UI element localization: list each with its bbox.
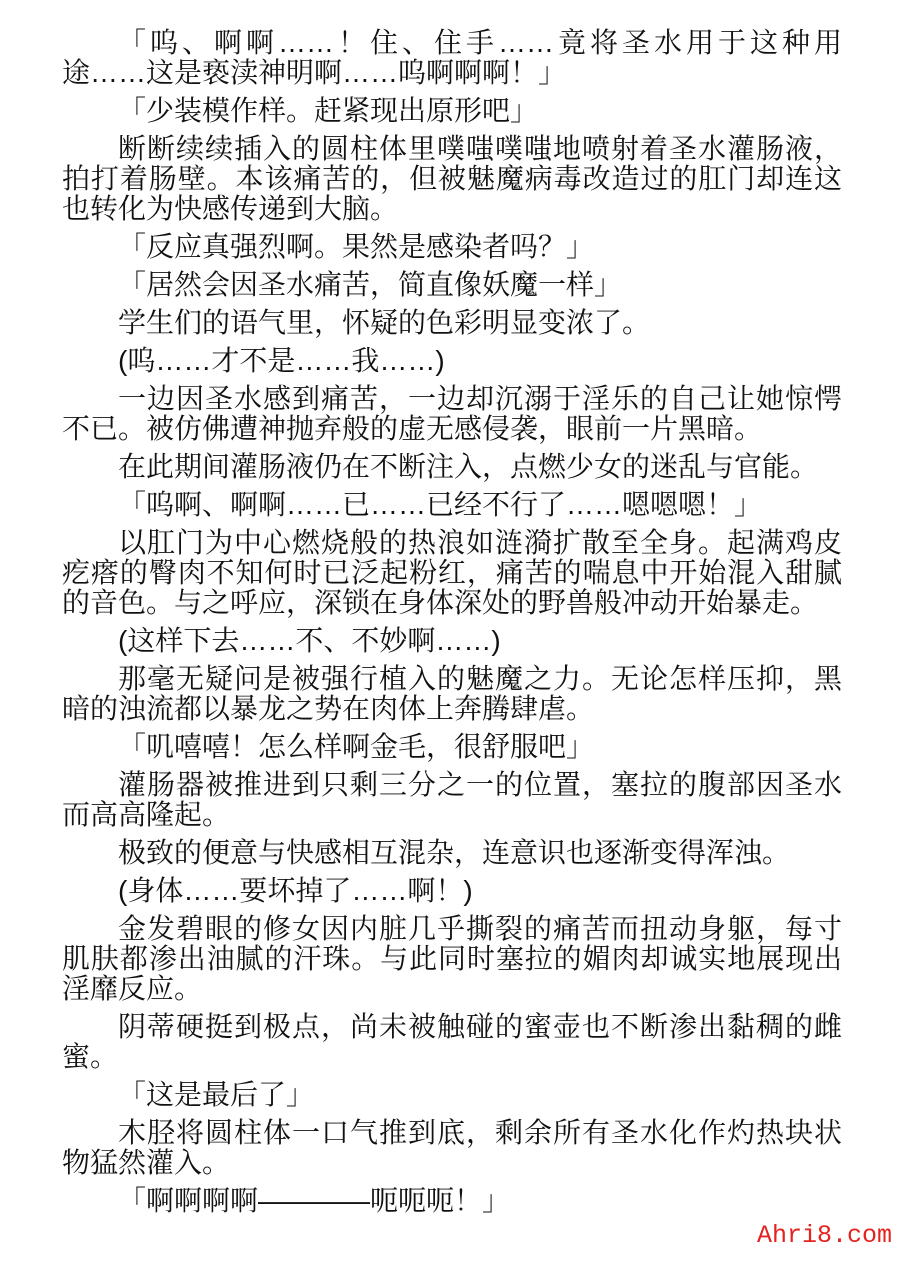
- paragraph: 「反应真强烈啊。果然是感染者吗？」: [62, 232, 842, 262]
- paragraph: 以肛门为中心燃烧般的热浪如涟漪扩散至全身。起满鸡皮疙瘩的臀肉不知何时已泛起粉红，…: [62, 528, 842, 618]
- paragraph: 金发碧眼的修女因内脏几乎撕裂的痛苦而扭动身躯，每寸肌肤都渗出油腻的汗珠。与此同时…: [62, 914, 842, 1004]
- paragraph: 木胫将圆柱体一口气推到底，剩余所有圣水化作灼热块状物猛然灌入。: [62, 1118, 842, 1178]
- paragraph: 断断续续插入的圆柱体里噗嗤噗嗤地喷射着圣水灌肠液，拍打着肠壁。本该痛苦的，但被魅…: [62, 134, 842, 224]
- watermark: Ahri8.com: [757, 1222, 892, 1250]
- paragraph: 灌肠器被推进到只剩三分之一的位置，塞拉的腹部因圣水而高高隆起。: [62, 770, 842, 830]
- paragraph: 「呜、啊啊……！住、住手……竟将圣水用于这种用途……这是亵渎神明啊……呜啊啊啊！…: [62, 28, 842, 88]
- paragraph: 「啊啊啊啊————呃呃呃！」: [62, 1186, 842, 1216]
- paragraph: 极致的便意与快感相互混杂，连意识也逐渐变得浑浊。: [62, 838, 842, 868]
- paragraph: 「叽嘻嘻！怎么样啊金毛，很舒服吧」: [62, 732, 842, 762]
- story-text: 「呜、啊啊……！住、住手……竟将圣水用于这种用途……这是亵渎神明啊……呜啊啊啊！…: [62, 28, 842, 1216]
- paragraph: (呜……才不是……我……): [62, 346, 842, 376]
- paragraph: 阴蒂硬挺到极点，尚未被触碰的蜜壶也不断渗出黏稠的雌蜜。: [62, 1012, 842, 1072]
- paragraph: 学生们的语气里，怀疑的色彩明显变浓了。: [62, 308, 842, 338]
- paragraph: 「这是最后了」: [62, 1080, 842, 1110]
- novel-page: 「呜、啊啊……！住、住手……竟将圣水用于这种用途……这是亵渎神明啊……呜啊啊啊！…: [0, 0, 900, 1261]
- paragraph: (这样下去……不、不妙啊……): [62, 626, 842, 656]
- paragraph: 在此期间灌肠液仍在不断注入，点燃少女的迷乱与官能。: [62, 452, 842, 482]
- paragraph: 「少装模作样。赶紧现出原形吧」: [62, 96, 842, 126]
- paragraph: (身体……要坏掉了……啊！): [62, 876, 842, 906]
- paragraph: 「呜啊、啊啊……已……已经不行了……嗯嗯嗯！」: [62, 490, 842, 520]
- paragraph: 一边因圣水感到痛苦，一边却沉溺于淫乐的自己让她惊愕不已。被仿佛遭神抛弃般的虚无感…: [62, 384, 842, 444]
- paragraph: 那毫无疑问是被强行植入的魅魔之力。无论怎样压抑，黑暗的浊流都以暴龙之势在肉体上奔…: [62, 664, 842, 724]
- paragraph: 「居然会因圣水痛苦，简直像妖魔一样」: [62, 270, 842, 300]
